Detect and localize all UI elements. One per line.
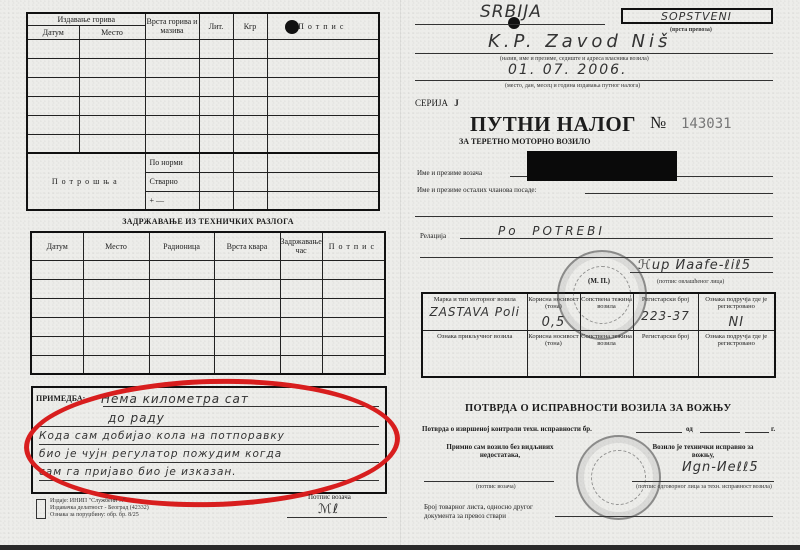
consumption-norm: По норми xyxy=(145,153,199,172)
transport-type-box: SOPSTVENI xyxy=(621,8,773,24)
driver-name-label: Име и презиме возача xyxy=(417,169,482,177)
table-row xyxy=(31,355,385,374)
date-caption: (место, дан, месец и година издавања пут… xyxy=(505,83,640,89)
driver-signature: ℳℓ xyxy=(318,502,339,517)
hole-punch-mark xyxy=(285,20,299,34)
trailer-region-cell: Ознака подручја где је регистровано xyxy=(698,331,775,377)
issue-date: 01. 07. 2006. xyxy=(508,62,628,78)
vehicle-make-cell: Марка и тип моторног возила ZASTAVA Poli xyxy=(422,293,527,331)
document-title: ПУТНИ НАЛОГ xyxy=(470,112,636,137)
waybill-label: Број товарног листа, односно другог доку… xyxy=(424,503,554,521)
document-subtitle: ЗА ТЕРЕТНО МОТОРНО ВОЗИЛО xyxy=(459,137,590,146)
trailer-make-cell: Ознака прикључног возила xyxy=(422,331,527,377)
consumption-actual: Стварно xyxy=(145,172,199,191)
tech-ok-text: Возило је технички исправно за вожњу, xyxy=(643,443,763,459)
hole-punch-mark xyxy=(508,17,520,29)
driver-sig-caption: (потпис возача) xyxy=(476,484,516,490)
col-fault-type: Врста квара xyxy=(214,232,280,260)
crew-label: Име и презиме осталих чланова посаде: xyxy=(417,186,536,194)
table-row xyxy=(31,336,385,355)
tech-delay-title: ЗАДРЖАВАЊЕ ИЗ ТЕХНИЧКИХ РАЗЛОГА xyxy=(30,217,386,226)
received-text: Примио сам возило без видљивих недостата… xyxy=(430,443,570,459)
trailer-capacity-cell: Корисна носивост (тона) xyxy=(527,331,580,377)
driver-signature-label: Потпис возача xyxy=(308,493,351,501)
transport-type-caption: (врста превоза) xyxy=(670,27,712,33)
series-label: СЕРИЈА J xyxy=(415,98,459,108)
vehicle-region-cell: Ознака подручја где је регистровано NI xyxy=(698,293,775,331)
page-fold xyxy=(400,0,401,545)
publisher-info: Издаје: ИНИП "Службени ..." Издавачка де… xyxy=(50,498,149,519)
consumption-label: Потрошња xyxy=(27,153,145,210)
col-kg: Кгр xyxy=(233,13,267,39)
control-od-label: од xyxy=(686,425,693,433)
route-value: Po POTREBI xyxy=(498,224,605,238)
company-handwritten: K.P. Zavod Niš xyxy=(488,31,671,52)
col-fuel-type: Врста горива и мазива xyxy=(145,13,199,39)
confirmation-title: ПОТВРДА О ИСПРАВНОСТИ ВОЗИЛА ЗА ВОЖЊУ xyxy=(465,403,732,414)
document-number: 143031 xyxy=(681,116,732,132)
table-row xyxy=(27,58,379,77)
col-place: Место xyxy=(83,232,149,260)
trailer-reg-cell: Регистарски број xyxy=(633,331,698,377)
table-row xyxy=(31,298,385,317)
col-signature: Потпис xyxy=(322,232,385,260)
number-label: № xyxy=(650,113,666,133)
transport-type-value: SOPSTVENI xyxy=(661,10,732,23)
authorized-signature-caption: (потпис овлашћеног лица) xyxy=(657,279,724,285)
fuel-issuance-table: Издавање горива Врста горива и мазива Ли… xyxy=(26,12,380,211)
consumption-diff: + — xyxy=(145,191,199,210)
official-stamp xyxy=(557,250,647,340)
col-date: Датум xyxy=(27,25,79,39)
fuel-group-header: Издавање горива xyxy=(27,13,145,25)
redacted-driver-name xyxy=(527,151,677,181)
scan-bottom-edge xyxy=(0,545,800,550)
col-workshop: Радионица xyxy=(149,232,214,260)
tech-signature: Ͷgn-Ͷeℓℓ5 xyxy=(682,460,759,475)
table-row xyxy=(27,134,379,153)
table-row xyxy=(27,96,379,115)
tech-delay-table: Датум Место Радионица Врста квара Задржа… xyxy=(30,231,386,375)
table-row xyxy=(31,279,385,298)
control-line-label: Потврда о извршеној контроли техн. испра… xyxy=(422,425,592,433)
col-signature: Потпис xyxy=(267,13,379,39)
table-row xyxy=(27,115,379,134)
col-delay-hours: Задржавање час xyxy=(280,232,322,260)
travel-order-document: Издавање горива Врста горива и мазива Ли… xyxy=(0,0,800,545)
table-row xyxy=(27,77,379,96)
control-g-label: г. xyxy=(771,425,775,433)
col-date: Датум xyxy=(31,232,83,260)
table-row xyxy=(31,317,385,336)
route-label: Релација xyxy=(420,232,446,240)
table-row xyxy=(31,260,385,279)
vehicle-region-value: NI xyxy=(699,316,775,330)
vehicle-make-value: ZASTAVA Poli xyxy=(423,306,527,319)
official-stamp-2 xyxy=(576,435,661,520)
series-value: J xyxy=(454,98,459,108)
table-row xyxy=(27,39,379,58)
col-liters: Лит. xyxy=(199,13,233,39)
col-place: Место xyxy=(79,25,145,39)
publisher-logo-icon xyxy=(36,499,46,519)
authorized-signature: ℋup Ͷaafe-ℓiℓ5 xyxy=(638,258,751,273)
